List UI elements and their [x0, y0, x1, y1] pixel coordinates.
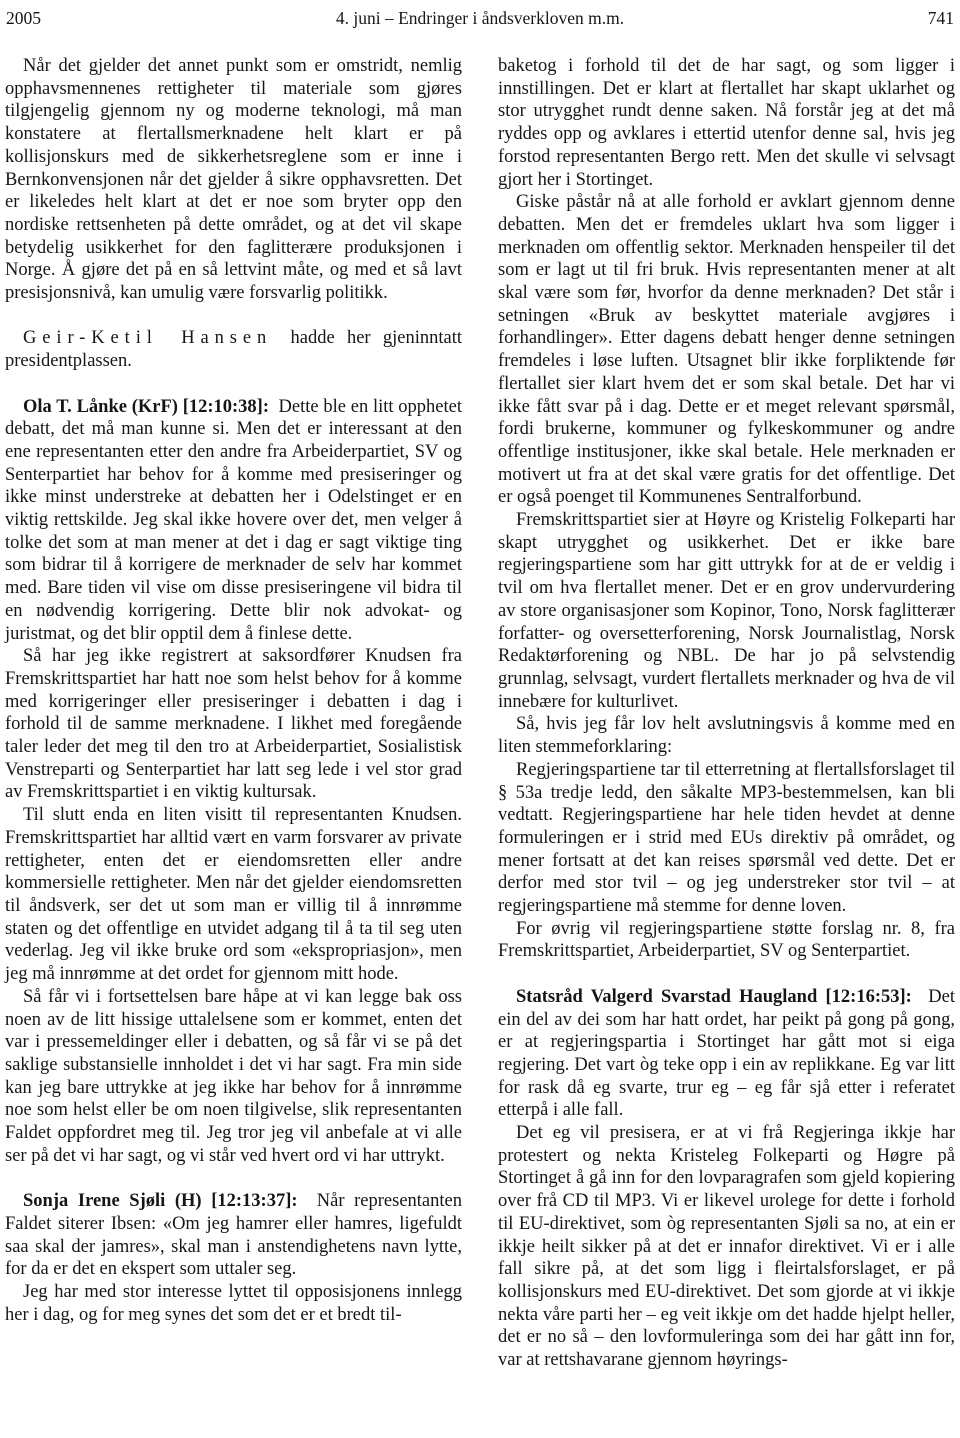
- paragraph: Når det gjelder det annet punkt som er o…: [5, 55, 462, 305]
- speech-paragraph: Statsråd Valgerd Svarstad Haugland [12:1…: [498, 986, 955, 1122]
- speech-paragraph: Sonja Irene Sjøli (H) [12:13:37]: Når re…: [5, 1190, 462, 1281]
- paragraph: Så har jeg ikke registrert at saksordfør…: [5, 645, 462, 804]
- paragraph: Det eg vil presisera, er at vi frå Regje…: [498, 1122, 955, 1372]
- paragraph: Så, hvis jeg får lov helt avslutningsvis…: [498, 713, 955, 758]
- paragraph: baketog i forhold til det de har sagt, o…: [498, 55, 955, 191]
- speaker-label: Statsråd Valgerd Svarstad Haugland [12:1…: [516, 987, 912, 1007]
- paragraph-text: Så, hvis jeg får lov helt avslutningsvis…: [498, 714, 955, 757]
- paragraph-text: Dette ble en litt opphetet debatt, det m…: [5, 397, 462, 644]
- speech-paragraph: Ola T. Lånke (KrF) [12:10:38]: Dette ble…: [5, 396, 462, 646]
- paragraph-text: Fremskrittspartiet sier at Høyre og Kris…: [498, 510, 955, 712]
- paragraph-text: Jeg har med stor interesse lyttet til op…: [5, 1282, 462, 1325]
- page-header: 2005 4. juni – Endringer i åndsverkloven…: [5, 8, 955, 28]
- header-title: 4. juni – Endringer i åndsverkloven m.m.: [126, 8, 834, 28]
- left-column: Når det gjelder det annet punkt som er o…: [5, 55, 462, 1372]
- speaker-label: Ola T. Lånke (KrF) [12:10:38]:: [23, 397, 269, 417]
- paragraph: Jeg har med stor interesse lyttet til op…: [5, 1281, 462, 1326]
- paragraph-text: For øvrig vil regjeringspartiene støtte …: [498, 919, 955, 962]
- paragraph: Giske påstår nå at alle forhold er avkla…: [498, 191, 955, 509]
- paragraph-text: Regjeringspartiene tar til etterretning …: [498, 760, 955, 916]
- paragraph-text: Så har jeg ikke registrert at saksordfør…: [5, 646, 462, 802]
- paragraph-text: Til slutt enda en liten visitt til repre…: [5, 805, 462, 984]
- paragraph: Regjeringspartiene tar til etterretning …: [498, 759, 955, 918]
- paragraph-text: Så får vi i fortsettelsen bare håpe at v…: [5, 987, 462, 1166]
- presidency-note: Geir-Ketil Hansen hadde her gjeninntatt …: [5, 327, 462, 372]
- paragraph-text: Når det gjelder det annet punkt som er o…: [5, 56, 462, 303]
- header-page-number: 741: [834, 8, 954, 28]
- document-page: 2005 4. juni – Endringer i åndsverkloven…: [0, 0, 960, 1438]
- paragraph-text: Det eg vil presisera, er at vi frå Regje…: [498, 1123, 955, 1370]
- paragraph: Så får vi i fortsettelsen bare håpe at v…: [5, 986, 462, 1168]
- speaker-label: Sonja Irene Sjøli (H) [12:13:37]:: [23, 1191, 298, 1211]
- paragraph: Til slutt enda en liten visitt til repre…: [5, 804, 462, 986]
- president-name: Geir-Ketil Hansen: [23, 328, 278, 348]
- paragraph-text: baketog i forhold til det de har sagt, o…: [498, 56, 955, 190]
- right-column: baketog i forhold til det de har sagt, o…: [498, 55, 955, 1372]
- header-year: 2005: [6, 8, 126, 28]
- paragraph: Fremskrittspartiet sier at Høyre og Kris…: [498, 509, 955, 713]
- paragraph: For øvrig vil regjeringspartiene støtte …: [498, 918, 955, 963]
- paragraph-text: Giske påstår nå at alle forhold er avkla…: [498, 192, 955, 507]
- text-columns: Når det gjelder det annet punkt som er o…: [5, 55, 955, 1372]
